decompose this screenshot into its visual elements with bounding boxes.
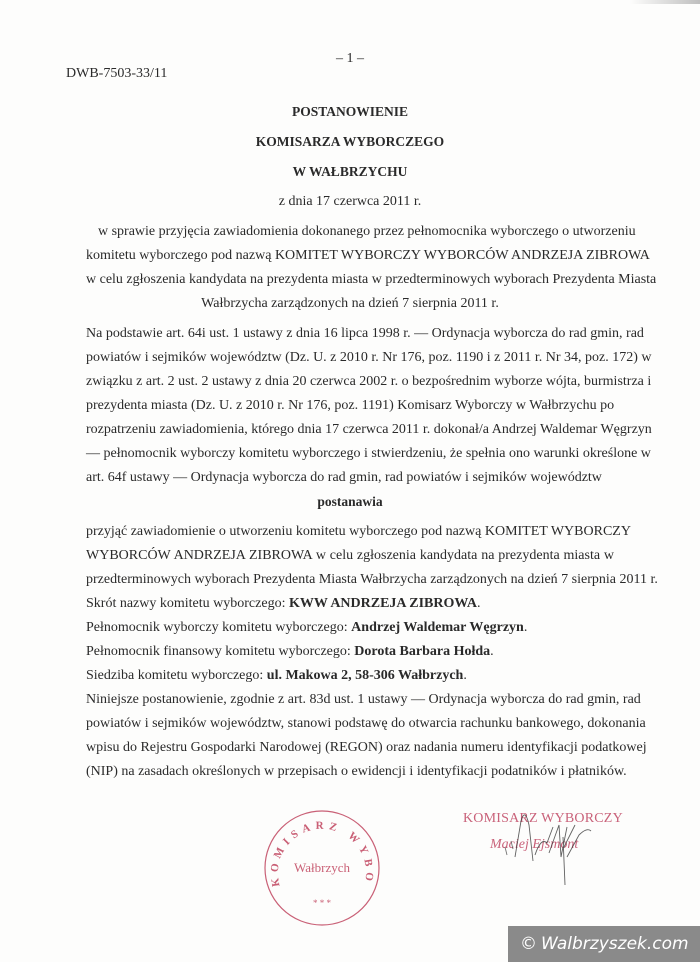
detail-label: Siedziba komitetu wyborczego: xyxy=(86,668,267,683)
detail-value: KWW ANDRZEJA ZIBROWA xyxy=(289,596,477,611)
detail-label: Pełnomocnik finansowy komitetu wyborczeg… xyxy=(86,644,354,659)
detail-line: Siedziba komitetu wyborczego: ul. Makowa… xyxy=(86,668,467,684)
detail-value: ul. Makowa 2, 58-306 Wałbrzych xyxy=(267,668,464,683)
subject-line: w sprawie przyjęcia zawiadomienia dokona… xyxy=(98,224,636,240)
official-stamp: KOMISARZ WYBORCZY Wałbrzych * * * xyxy=(262,808,382,928)
stamp-center-text: Wałbrzych xyxy=(294,860,350,875)
text-line: — pełnomocnik wyborczy komitetu wyborcze… xyxy=(86,446,614,462)
detail-value: Andrzej Waldemar Węgrzyn xyxy=(351,620,524,635)
subject-line: w celu zgłoszenia kandydata na prezydent… xyxy=(86,272,656,288)
detail-line: Skrót nazwy komitetu wyborczego: KWW AND… xyxy=(86,596,480,612)
text-line: Niniejsze postanowienie, zgodnie z art. … xyxy=(86,692,614,708)
detail-line: Pełnomocnik wyborczy komitetu wyborczego… xyxy=(86,620,527,636)
detail-label: Skrót nazwy komitetu wyborczego: xyxy=(86,596,289,611)
subject-line: komitetu wyborczego pod nazwą KOMITET WY… xyxy=(86,248,650,264)
detail-label: Pełnomocnik wyborczy komitetu wyborczego… xyxy=(86,620,351,635)
text-line: art. 64f ustawy — Ordynacja wyborcza do … xyxy=(86,470,614,486)
signatory-name: Maciej Ejsmont xyxy=(490,837,578,853)
issuer-location: W WAŁBRZYCHU xyxy=(0,164,700,180)
text-line: powiatów i sejmików województw (Dz. U. z… xyxy=(86,350,614,366)
stamp-stars: * * * xyxy=(313,898,332,908)
text-line: związku z art. 2 ust. 2 ustawy z dnia 20… xyxy=(86,374,614,390)
stamp-ring-text: KOMISARZ WYBORCZY xyxy=(262,808,375,888)
svg-text:KOMISARZ WYBORCZY: KOMISARZ WYBORCZY xyxy=(262,808,375,888)
text-line: rozpatrzeniu zawiadomienia, którego dnia… xyxy=(86,422,614,438)
text-line: Na podstawie art. 64i ust. 1 ustawy z dn… xyxy=(86,326,614,342)
text-line: WYBORCÓW ANDRZEJA ZIBROWA w celu zgłosze… xyxy=(86,548,614,564)
document-title: POSTANOWIENIE xyxy=(0,104,700,120)
text-line: przyjąć zawiadomienie o utworzeniu komit… xyxy=(86,524,614,540)
watermark-text: Walbrzyszek.com xyxy=(541,934,689,954)
issuer-title: KOMISARZA WYBORCZEGO xyxy=(0,134,700,150)
signature-block: KOMISARZ WYBORCZY Maciej Ejsmont xyxy=(463,811,633,871)
decision-heading: postanawia xyxy=(0,494,700,510)
detail-line: Pełnomocnik finansowy komitetu wyborczeg… xyxy=(86,644,494,660)
text-line: powiatów i sejmików województw, stanowi … xyxy=(86,716,614,732)
document-reference: DWB-7503-33/11 xyxy=(66,66,167,82)
document-page: – 1 – DWB-7503-33/11 POSTANOWIENIE KOMIS… xyxy=(0,0,700,962)
site-watermark: © Walbrzyszek.com xyxy=(508,926,700,962)
copyright-icon: © xyxy=(520,934,537,954)
subject-line: Wałbrzycha zarządzonych na dzień 7 sierp… xyxy=(0,296,700,312)
signature-title: KOMISARZ WYBORCZY xyxy=(463,811,623,827)
detail-value: Dorota Barbara Hołda xyxy=(354,644,490,659)
scan-edge-shadow xyxy=(630,0,700,4)
text-line: przedterminowych wyborach Prezydenta Mia… xyxy=(86,572,614,588)
text-line: prezydenta miasta (Dz. U. z 2010 r. Nr 1… xyxy=(86,398,614,414)
text-line: wpisu do Rejestru Gospodarki Narodowej (… xyxy=(86,740,614,756)
page-number: – 1 – xyxy=(0,51,700,67)
document-date: z dnia 17 czerwca 2011 r. xyxy=(0,194,700,210)
text-line: (NIP) na zasadach określonych w przepisa… xyxy=(86,764,614,780)
